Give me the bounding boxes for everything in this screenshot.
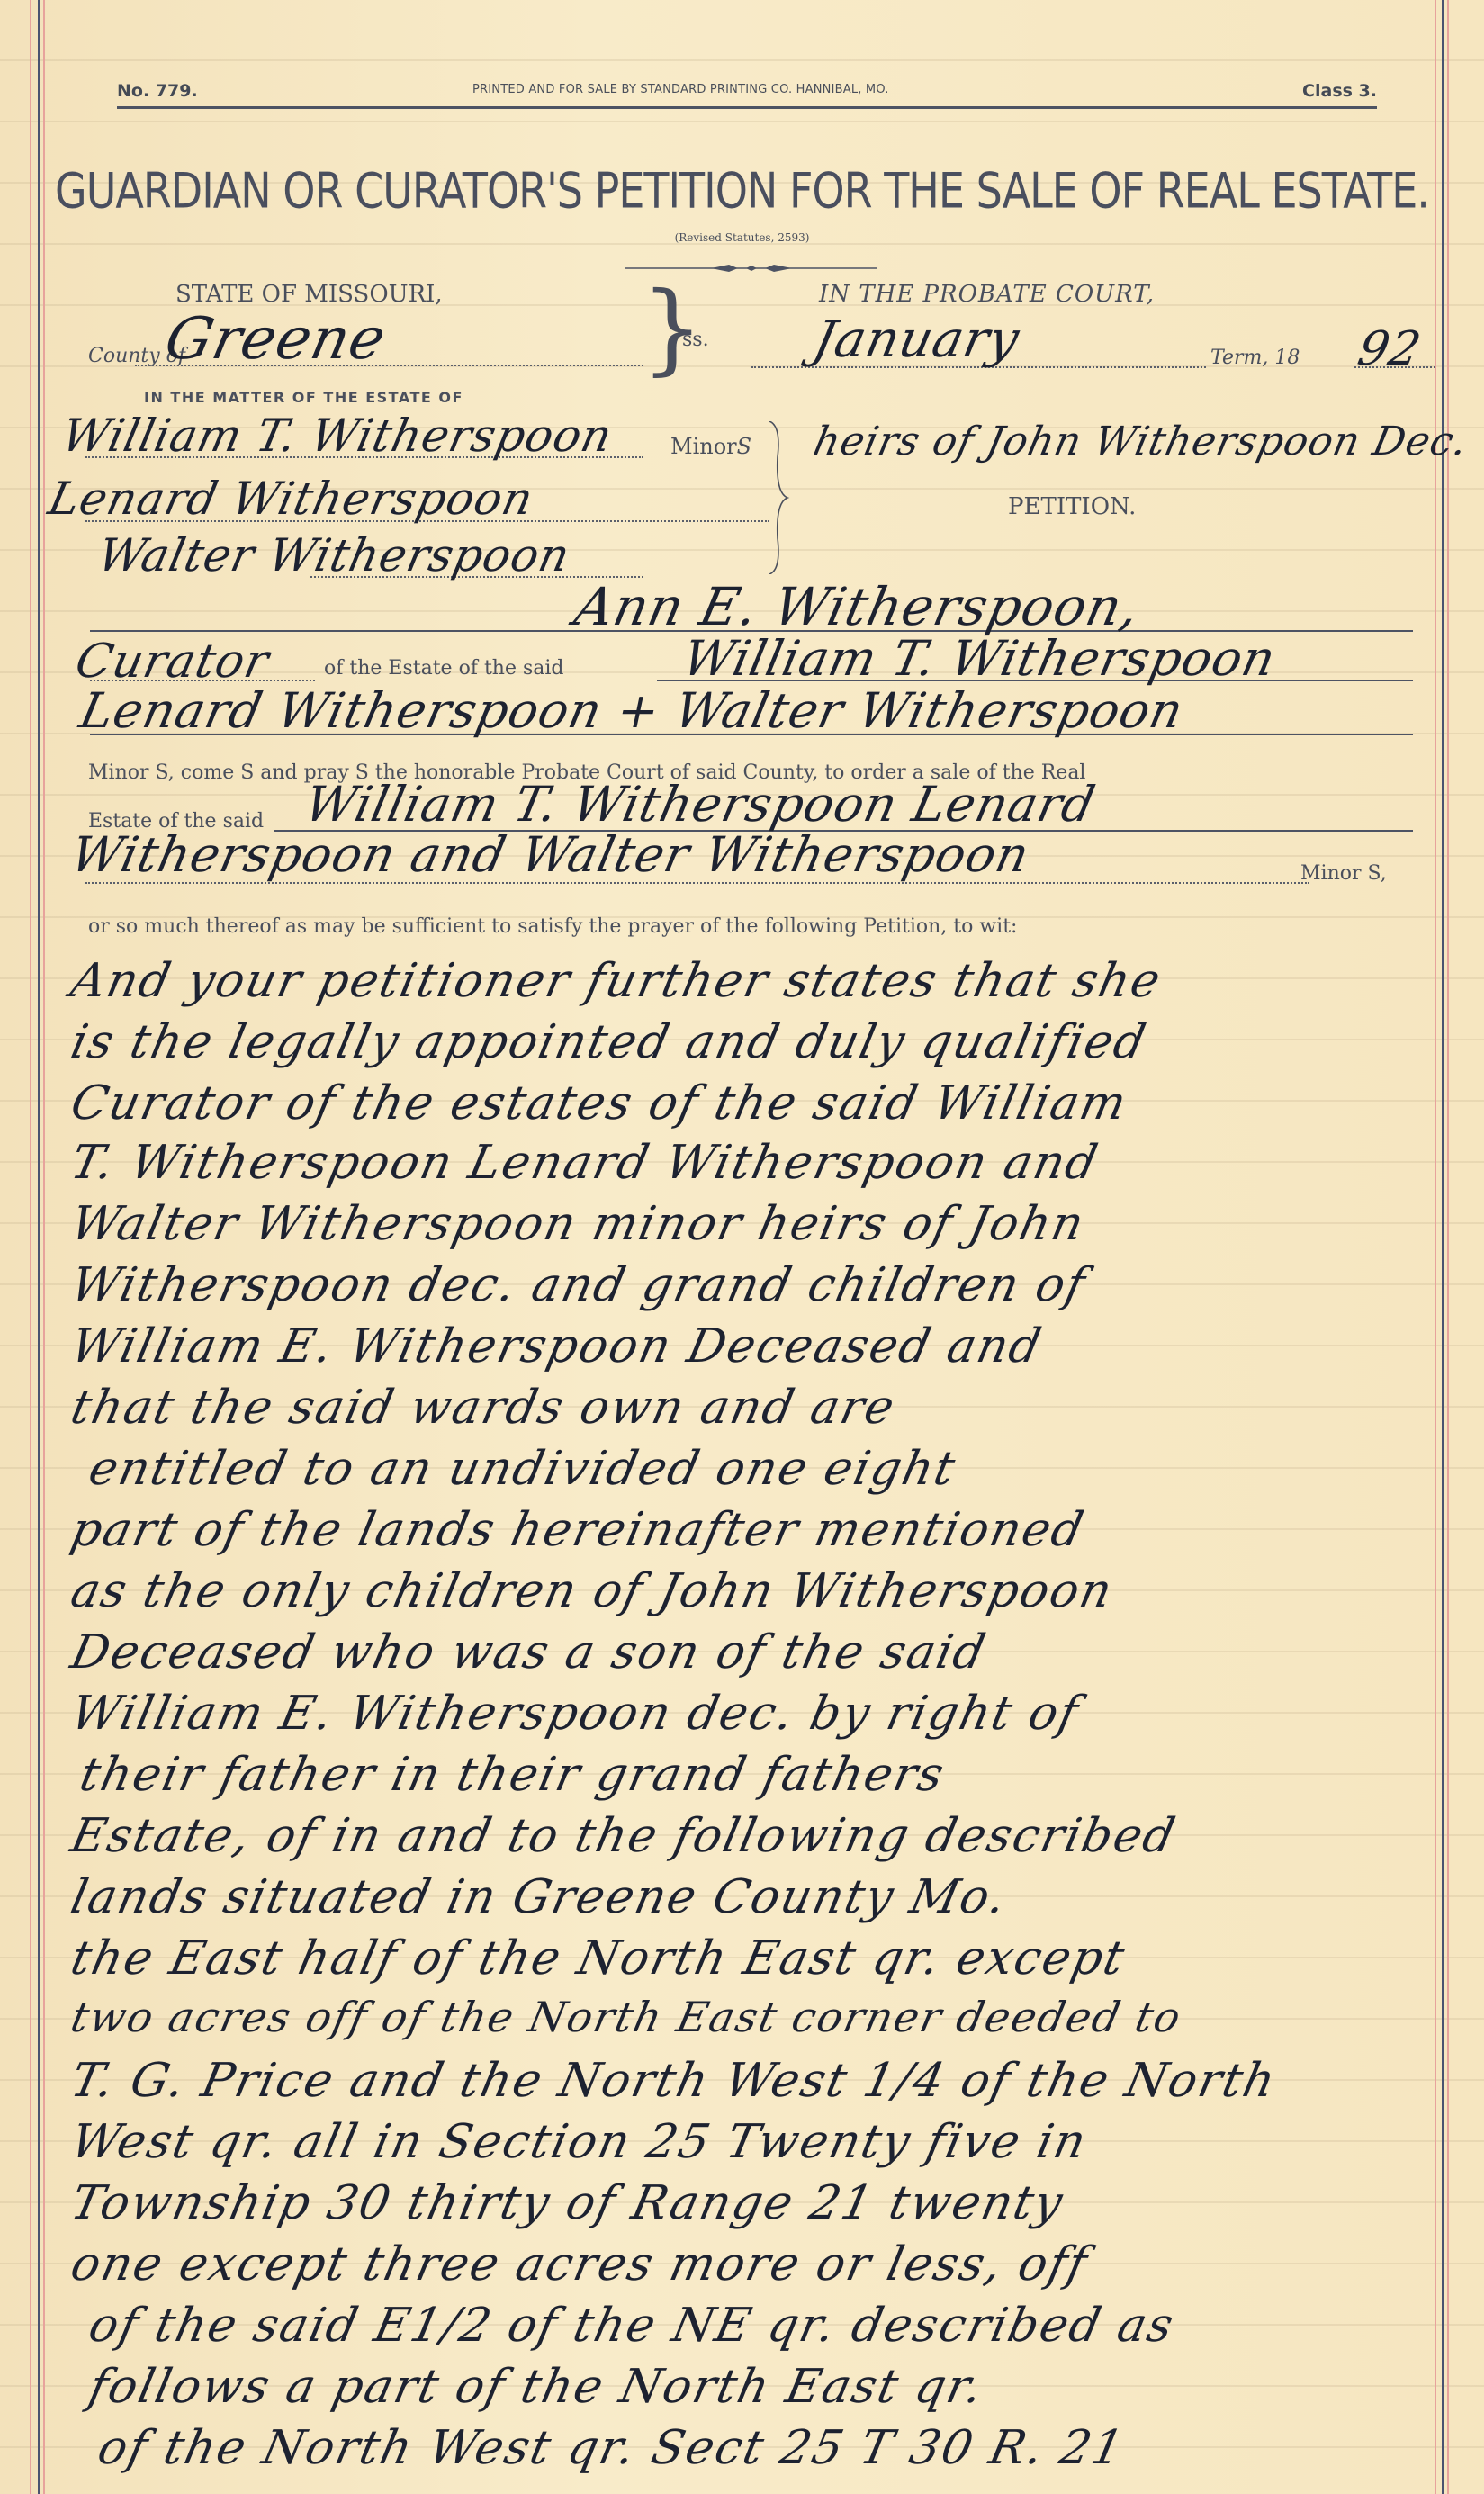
body-line: of the North West qr. Sect 25 T 30 R. 21 <box>94 2421 1130 2475</box>
header-divider <box>117 106 1377 109</box>
body-line: is the legally appointed and duly qualif… <box>67 1015 1152 1069</box>
heirs-note[interactable]: heirs of John Witherspoon Dec. <box>810 419 1472 464</box>
term-year[interactable]: 92 <box>1354 322 1426 376</box>
margin-rule-left-blue <box>38 0 40 2494</box>
petition-label: PETITION. <box>1008 493 1136 520</box>
minor-end-label: Minor S, <box>1300 862 1387 885</box>
prayer-final-text: or so much thereof as may be sufficient … <box>88 915 1017 938</box>
body-line: William E. Witherspoon dec. by right of <box>67 1687 1084 1741</box>
body-line: entitled to an undivided one eight <box>85 1442 961 1496</box>
body-line: T. G. Price and the North West 1/4 of th… <box>67 2054 1282 2108</box>
body-line: follows a part of the North East qr. <box>85 2360 989 2414</box>
body-line: part of the lands hereinafter mentioned <box>67 1503 1090 1557</box>
form-header: No. 779. PRINTED AND FOR SALE BY STANDAR… <box>117 81 1377 108</box>
county-value[interactable]: Greene <box>159 306 391 373</box>
brace-icon: } <box>641 270 704 385</box>
minor-name-1[interactable]: William T. Witherspoon <box>58 410 617 462</box>
body-line: Curator of the estates of the said Willi… <box>67 1076 1133 1130</box>
printer-imprint: PRINTED AND FOR SALE BY STANDARD PRINTIN… <box>472 83 889 96</box>
petitioner-name[interactable]: Ann E. Witherspoon, <box>570 576 1146 637</box>
prayer-names-2[interactable]: Witherspoon and Walter Witherspoon <box>66 826 1034 883</box>
body-line: T. Witherspoon Lenard Witherspoon and <box>67 1136 1104 1190</box>
body-line: two acres off of the North East corner d… <box>67 1993 1186 2041</box>
margin-rule-left-red <box>30 0 31 2494</box>
state-label: STATE OF MISSOURI, <box>175 281 443 308</box>
body-line: Estate, of in and to the following descr… <box>67 1809 1182 1863</box>
body-line: as the only children of John Witherspoon <box>67 1564 1119 1618</box>
body-line: lands situated in Greene County Mo. <box>67 1870 1012 1924</box>
margin-rule-right-red-inner <box>1435 0 1436 2494</box>
margin-rule-left-red-inner <box>43 0 45 2494</box>
ss-label: ss. <box>682 329 709 351</box>
margin-rule-right-red <box>1447 0 1449 2494</box>
body-line: West qr. all in Section 25 Twenty five i… <box>67 2115 1093 2169</box>
body-line: William E. Witherspoon Deceased and <box>67 1319 1048 1373</box>
term-value[interactable]: January <box>808 311 1025 369</box>
court-label: IN THE PROBATE COURT, <box>819 281 1155 308</box>
body-line: of the said E1/2 of the NE qr. described… <box>85 2299 1180 2353</box>
estate-of-label: of the Estate of the said <box>324 657 564 680</box>
minor-name-2[interactable]: Lenard Witherspoon <box>44 473 538 525</box>
form-number: No. 779. <box>117 81 198 101</box>
estate-names-1[interactable]: William T. Witherspoon <box>678 630 1281 687</box>
body-line: Walter Witherspoon minor heirs of John <box>67 1197 1090 1251</box>
body-line: the East half of the North East qr. exce… <box>67 1931 1131 1985</box>
statutes-reference: (Revised Statutes, 2593) <box>0 231 1484 244</box>
prayer-names-1[interactable]: William T. Witherspoon Lenard <box>300 776 1101 833</box>
body-line: one except three acres more or less, off <box>67 2237 1093 2291</box>
body-line: that the said wards own and are <box>67 1381 901 1435</box>
body-line: their father in their grand fathers <box>76 1748 950 1802</box>
minor-name-3[interactable]: Walter Witherspoon <box>94 529 575 581</box>
minor-label: MinorS <box>670 434 751 459</box>
margin-rule-right-blue <box>1442 0 1444 2494</box>
form-title: Guardian or Curator's Petition for the S… <box>0 162 1484 220</box>
body-line: Township 30 thirty of Range 21 twenty <box>67 2176 1069 2230</box>
term-label: Term, 18 <box>1210 347 1300 369</box>
estate-names-2[interactable]: Lenard Witherspoon + Walter Witherspoon <box>75 682 1189 739</box>
form-class: Class 3. <box>1302 81 1377 101</box>
body-line: Witherspoon dec. and grand children of <box>67 1258 1092 1312</box>
body-line: Deceased who was a son of the said <box>67 1625 992 1679</box>
brace-tall-icon <box>765 421 792 574</box>
petitioner-role[interactable]: Curator <box>71 635 274 689</box>
matter-label: IN THE MATTER OF THE ESTATE OF <box>144 389 463 406</box>
body-line: And your petitioner further states that … <box>67 954 1167 1008</box>
